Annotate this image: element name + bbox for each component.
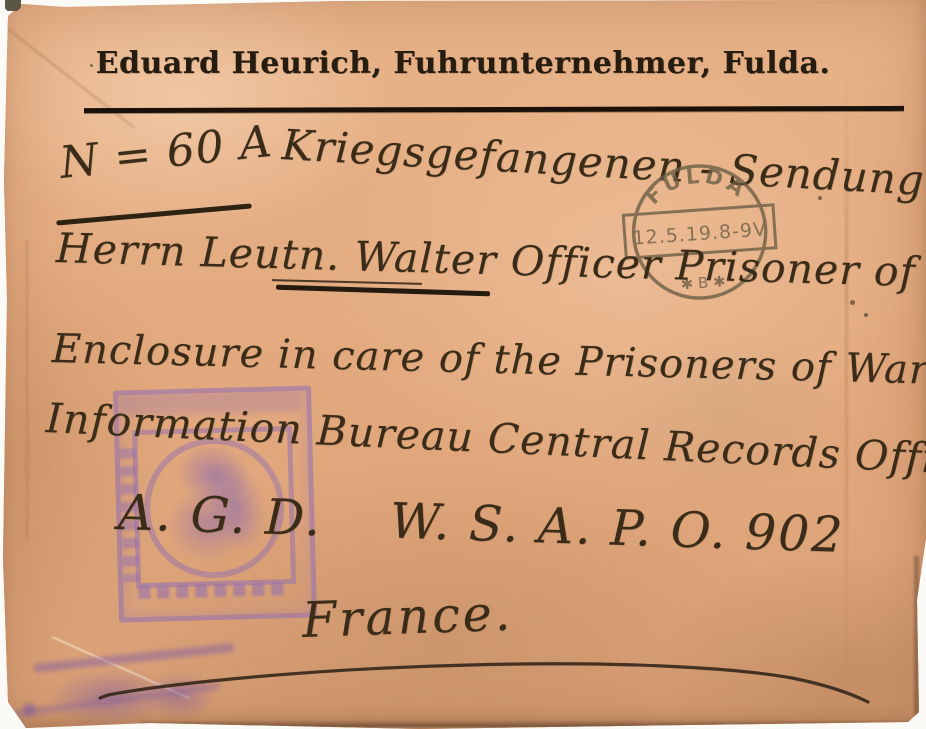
handwritten-care-of: Enclosure in care of the Prisoners of Wa… — [51, 326, 926, 393]
paper-crease — [26, 240, 28, 540]
unit-right-text: W. S. A. P. O. 902 — [389, 493, 845, 564]
handwritten-number: N = 60 A — [57, 116, 274, 189]
ink-speck — [850, 300, 855, 305]
unit-left-text: A. G. D. — [117, 484, 323, 547]
handwritten-addressee: Herrn Leutn. Walter Officer Prisoner of … — [55, 224, 926, 299]
postmark-town-text: FULDA — [639, 160, 754, 210]
handwritten-category: Kriegsgefangenen - Sendung — [281, 120, 926, 205]
ink-speck — [864, 313, 868, 317]
printed-sender-header: Eduard Heurich, Fuhrunternehmer, Fulda. — [0, 46, 926, 81]
spacing — [322, 535, 390, 537]
fulda-postmark: FULDA 12.5.19.8-9V ✱ B ✱ — [606, 146, 793, 328]
envelope-photo: Eduard Heurich, Fuhrunternehmer, Fulda. — [0, 0, 926, 729]
stamp-smudge — [0, 664, 5, 716]
corner-dark-spot — [5, 0, 21, 11]
header-rule — [84, 106, 904, 113]
ink-speck — [818, 196, 822, 200]
number-underline — [56, 203, 252, 225]
ink-speck — [90, 64, 93, 67]
paper-edge-shadow — [914, 556, 919, 716]
addressee-underline — [276, 285, 490, 297]
country-underline-flourish — [90, 645, 890, 715]
envelope-paper: Eduard Heurich, Fuhrunternehmer, Fulda. — [0, 0, 926, 729]
handwritten-country: France. — [301, 585, 514, 649]
paper-edge-shadow — [140, 720, 916, 727]
